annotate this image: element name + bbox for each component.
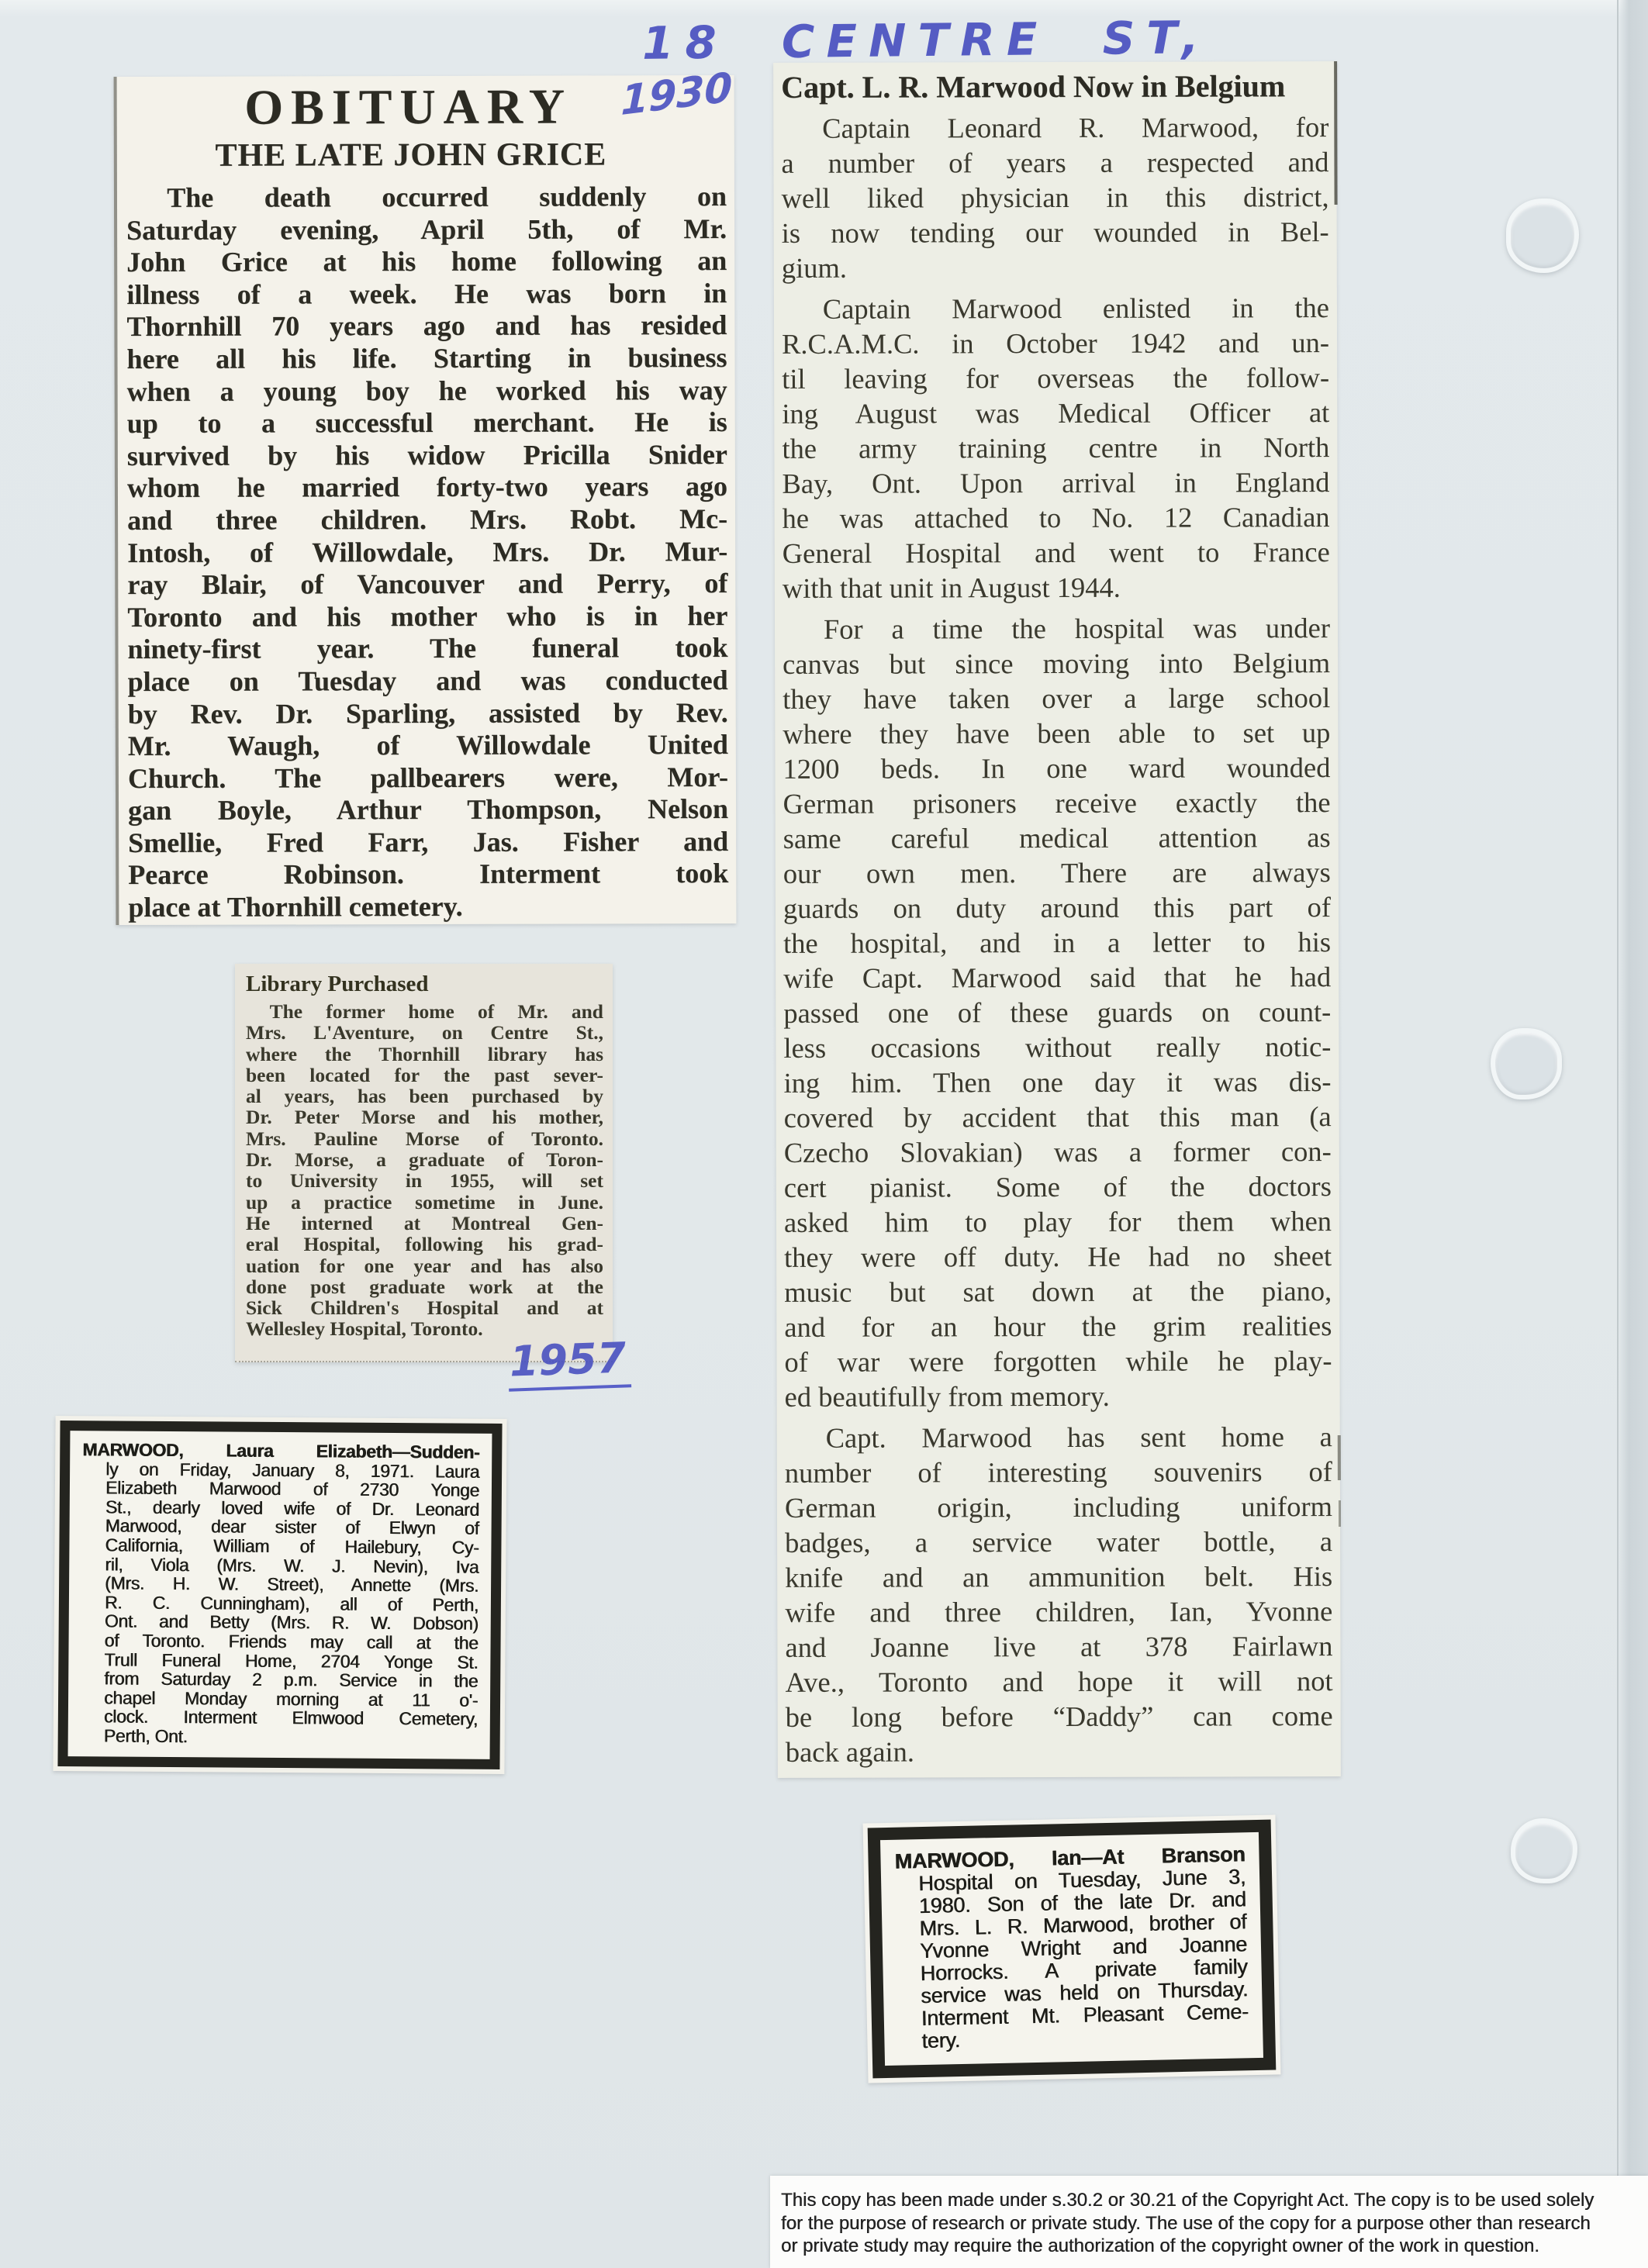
text-line: til leaving for overseas the follow- bbox=[782, 360, 1329, 396]
obituary-subtitle: THE LATE JOHN GRICE bbox=[126, 136, 727, 174]
text-line: knife and an ammunition belt. His bbox=[785, 1559, 1332, 1595]
paragraph: Capt. Marwood has sent home anumber of i… bbox=[785, 1419, 1333, 1769]
text-line: German origin, including uniform bbox=[785, 1489, 1332, 1525]
text-line: ray Blair, of Vancouver and Perry, of bbox=[127, 568, 727, 602]
text-line: Dr. Peter Morse and his mother, bbox=[246, 1106, 603, 1127]
text-line: the army training centre in North bbox=[782, 430, 1329, 466]
text-line: music but sat down at the piano, bbox=[784, 1273, 1332, 1310]
scrapbook-page: 18 CENTRE ST, OBITUARY THE LATE JOHN GRI… bbox=[0, 0, 1648, 2268]
clipping-edge-mark bbox=[1339, 1500, 1341, 1527]
text-line: where the Thornhill library has bbox=[246, 1044, 603, 1065]
text-line: John Grice at his home following an bbox=[126, 245, 727, 279]
text-line: Mrs. L'Aventure, on Centre St., bbox=[246, 1022, 603, 1043]
text-line: and for an hour the grim realities bbox=[784, 1308, 1332, 1345]
text-line: to University in 1955, will set bbox=[246, 1170, 603, 1191]
text-line: and three children. Mrs. Robt. Mc- bbox=[127, 503, 727, 537]
marwood-article-clipping: Capt. L. R. Marwood Now in Belgium Capta… bbox=[773, 61, 1341, 1778]
text-line: they were off duty. He had no sheet bbox=[784, 1238, 1332, 1275]
text-line: He interned at Montreal Gen- bbox=[246, 1213, 603, 1234]
text-line: of war were forgotten while he play- bbox=[784, 1343, 1332, 1379]
paragraph: For a time the hospital was undercanvas … bbox=[783, 610, 1332, 1414]
paragraph: Captain Leonard R. Marwood, fora number … bbox=[781, 109, 1329, 285]
text-line: Sick Children's Hospital and at bbox=[246, 1297, 603, 1318]
text-line: R.C.A.M.C. in October 1942 and un- bbox=[782, 325, 1329, 361]
text-line: wife and three children, Ian, Yvonne bbox=[785, 1593, 1332, 1630]
library-headline: Library Purchased bbox=[246, 970, 603, 998]
paragraph: The death occurred suddenly onSaturday e… bbox=[126, 181, 729, 924]
paragraph: This copy has been made under s.30.2 or … bbox=[781, 2189, 1637, 2258]
text-line: Capt. Marwood has sent home a bbox=[785, 1419, 1332, 1455]
text-line: when a young boy he worked his way bbox=[127, 375, 727, 409]
text-line: Captain Marwood enlisted in the bbox=[782, 290, 1329, 326]
text-line: is now tending our wounded in Bel- bbox=[782, 214, 1329, 250]
text-line: badges, a service water bottle, a bbox=[785, 1524, 1332, 1560]
clipping-edge-mark bbox=[1334, 61, 1337, 205]
text-line: a number of years a respected and bbox=[781, 144, 1328, 181]
text-line: gan Boyle, Arthur Thompson, Nelson bbox=[128, 793, 728, 827]
text-line: canvas but since moving into Belgium bbox=[783, 645, 1330, 682]
article-body: Captain Leonard R. Marwood, fora number … bbox=[781, 109, 1333, 1769]
clipping-edge-mark bbox=[1338, 1435, 1341, 1480]
text-line: for the purpose of research or private s… bbox=[781, 2212, 1637, 2235]
text-line: illness of a week. He was born in bbox=[126, 278, 727, 312]
text-line: al years, has been purchased by bbox=[246, 1086, 603, 1106]
text-line: Mr. Waugh, of Willowdale United bbox=[128, 729, 728, 763]
paragraph: MARWOOD, Laura Elizabeth—Sudden-ly on Fr… bbox=[81, 1440, 480, 1748]
text-line: This copy has been made under s.30.2 or … bbox=[781, 2189, 1637, 2212]
text-line: they have taken over a large school bbox=[783, 680, 1330, 716]
text-line: place at Thornhill cemetery. bbox=[128, 890, 728, 924]
text-line: the hospital, and in a letter to his bbox=[783, 924, 1331, 961]
text-line: been located for the past sever- bbox=[246, 1065, 603, 1086]
text-line: well liked physician in this district, bbox=[782, 179, 1329, 216]
text-line: less occasions without really notic- bbox=[783, 1029, 1331, 1065]
text-line: with that unit in August 1944. bbox=[783, 569, 1330, 606]
text-line: Czecho Slovakian) was a former con- bbox=[784, 1134, 1332, 1170]
text-line: Dr. Morse, a graduate of Toron- bbox=[246, 1149, 603, 1170]
library-body: The former home of Mr. andMrs. L'Aventur… bbox=[246, 1001, 603, 1340]
text-line: Mrs. Pauline Morse of Toronto. bbox=[246, 1128, 603, 1149]
obituary-body: The death occurred suddenly onSaturday e… bbox=[126, 181, 729, 924]
text-line: be long before “Daddy” can come bbox=[786, 1698, 1333, 1735]
text-line: asked him to play for them when bbox=[784, 1203, 1332, 1240]
text-line: covered by accident that this man (a bbox=[784, 1099, 1332, 1135]
laura-obituary-text: MARWOOD, Laura Elizabeth—Sudden-ly on Fr… bbox=[57, 1421, 502, 1769]
text-line: ing him. Then one day it was dis- bbox=[783, 1064, 1331, 1100]
text-line: Pearce Robinson. Interment took bbox=[128, 858, 728, 892]
text-line: ing August was Medical Officer at bbox=[782, 395, 1329, 431]
text-line: by Rev. Dr. Sparling, assisted by Rev. bbox=[128, 696, 728, 730]
text-line: passed one of these guards on count- bbox=[783, 994, 1331, 1030]
text-line: whom he married forty-two years ago bbox=[127, 471, 727, 505]
laura-marwood-obituary: MARWOOD, Laura Elizabeth—Sudden-ly on Fr… bbox=[53, 1416, 506, 1774]
punch-hole bbox=[1511, 1818, 1577, 1883]
text-line: German prisoners receive exactly the bbox=[783, 785, 1331, 821]
text-line: Saturday evening, April 5th, of Mr. bbox=[126, 213, 727, 247]
text-line: Thornhill 70 years ago and has resided bbox=[126, 309, 727, 343]
text-line: ninety-first year. The funeral took bbox=[127, 632, 727, 666]
text-line: eral Hospital, following his grad- bbox=[246, 1234, 603, 1255]
text-line: wife Capt. Marwood said that he had bbox=[783, 959, 1331, 996]
text-line: Ave., Toronto and hope it will not bbox=[786, 1663, 1333, 1700]
text-line: The death occurred suddenly on bbox=[126, 181, 727, 215]
text-line: place on Tuesday and was conducted bbox=[128, 665, 728, 699]
paragraph: The former home of Mr. andMrs. L'Aventur… bbox=[246, 1001, 603, 1340]
text-line: here all his life. Starting in business bbox=[126, 342, 727, 376]
ian-obituary-text: MARWOOD, Ian—At BransonHospital on Tuesd… bbox=[868, 1820, 1277, 2079]
text-line: The former home of Mr. and bbox=[246, 1001, 603, 1022]
page-edge bbox=[1617, 0, 1648, 2268]
text-line: back again. bbox=[786, 1733, 1333, 1769]
grice-obituary-clipping: OBITUARY THE LATE JOHN GRICE The death o… bbox=[114, 75, 737, 925]
text-line: Captain Leonard R. Marwood, for bbox=[781, 109, 1328, 146]
handwritten-address: 18 CENTRE ST, bbox=[642, 11, 1211, 70]
handwritten-year-1957: 1957 bbox=[507, 1333, 632, 1391]
text-line: done post graduate work at the bbox=[246, 1276, 603, 1297]
text-line: our own men. There are always bbox=[783, 854, 1331, 891]
text-line: Intosh, of Willowdale, Mrs. Dr. Mur- bbox=[127, 536, 727, 570]
text-line: gium. bbox=[782, 249, 1329, 285]
text-line: 1200 beds. In one ward wounded bbox=[783, 750, 1330, 786]
ian-marwood-obituary: MARWOOD, Ian—At BransonHospital on Tuesd… bbox=[863, 1814, 1281, 2083]
text-line: ed beautifully from memory. bbox=[785, 1378, 1332, 1414]
text-line: he was attached to No. 12 Canadian bbox=[783, 499, 1330, 536]
text-line: or private study may require the authori… bbox=[781, 2235, 1637, 2258]
text-line: up to a successful merchant. He is bbox=[127, 406, 727, 440]
text-line: guards on duty around this part of bbox=[783, 889, 1331, 926]
text-line: uation for one year and has also bbox=[246, 1255, 603, 1276]
punch-hole bbox=[1506, 198, 1579, 273]
text-line: and Joanne live at 378 Fairlawn bbox=[785, 1628, 1332, 1665]
library-clipping: Library Purchased The former home of Mr.… bbox=[235, 964, 613, 1362]
text-line: Bay, Ont. Upon arrival in England bbox=[782, 464, 1329, 501]
text-line: same careful medical attention as bbox=[783, 820, 1331, 856]
article-headline: Capt. L. R. Marwood Now in Belgium bbox=[781, 66, 1328, 108]
text-line: Smellie, Fred Farr, Jas. Fisher and bbox=[128, 826, 728, 860]
text-line: where they have been able to set up bbox=[783, 715, 1330, 751]
text-line: cert pianist. Some of the doctors bbox=[784, 1169, 1332, 1205]
text-line: For a time the hospital was under bbox=[783, 610, 1330, 647]
text-line: Perth, Ont. bbox=[81, 1726, 478, 1748]
text-line: Church. The pallbearers were, Mor- bbox=[128, 761, 728, 796]
paragraph: Captain Marwood enlisted in theR.C.A.M.C… bbox=[782, 290, 1330, 606]
text-line: Toronto and his mother who is in her bbox=[127, 600, 727, 634]
text-line: survived by his widow Pricilla Snider bbox=[127, 439, 727, 473]
punch-hole bbox=[1491, 1028, 1562, 1099]
text-line: General Hospital and went to France bbox=[783, 534, 1330, 571]
copyright-notice: This copy has been made under s.30.2 or … bbox=[770, 2176, 1648, 2268]
paragraph: MARWOOD, Ian—At BransonHospital on Tuesd… bbox=[894, 1843, 1249, 2052]
text-line: up a practice sometime in June. bbox=[246, 1192, 603, 1213]
text-line: number of interesting souvenirs of bbox=[785, 1454, 1332, 1490]
